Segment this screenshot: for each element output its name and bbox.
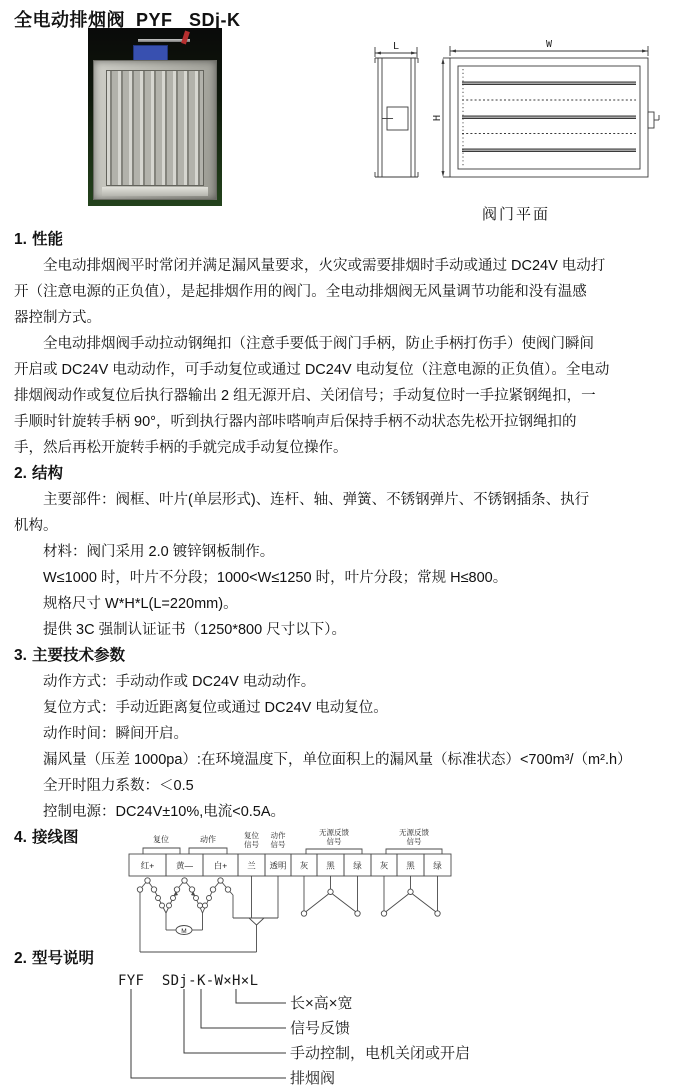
text-line: 开（注意电源的正负值），是起排烟作用的阀门。全电动排烟阀无风量调节功能和没有温感: [14, 279, 692, 305]
model-code-diagram: FYF SDj-K-W×H×L 长×高×宽 信号反馈 手动控制，电机关闭或开启 …: [100, 963, 500, 1092]
product-photo: [88, 28, 222, 206]
document-page: 全电动排烟阀 PYF SDj-K L: [0, 0, 700, 1092]
terminal-label: 透明: [269, 861, 287, 871]
terminal-label: 绿: [433, 861, 442, 871]
terminal-label: 黄—: [176, 861, 194, 871]
terminal-label: 红+: [141, 861, 155, 871]
text-line: W≤1000 时，叶片不分段；1000<W≤1250 时，叶片分段；常规 H≤8…: [14, 565, 692, 591]
text-line: 机构。: [14, 513, 692, 539]
section-heading-model: 2.型号说明: [14, 946, 94, 968]
section-heading-1: 1.性能: [14, 227, 692, 253]
feedback-signal-label-2: 无源反馈: [399, 827, 429, 837]
text-line: 提供 3C 强制认证证书（1250*800 尺寸以下）。: [14, 617, 692, 643]
text-line: 开启或 DC24V 电动动作，可手动复位或通过 DC24V 电动复位（注意电源的…: [14, 357, 692, 383]
reset-group-label: 复位: [153, 834, 169, 844]
model-label-valve-type: 排烟阀: [290, 1069, 335, 1087]
action-signal-label: 动作: [271, 830, 286, 840]
valve-frame: [93, 60, 217, 200]
text-line: 主要部件：阀框、叶片(单层形式)、连杆、轴、弹簧、不锈钢弹片、不锈钢插条、执行: [14, 487, 692, 513]
text-line: 规格尺寸 W*H*L(L=220mm)。: [14, 591, 692, 617]
svg-text:信号: 信号: [244, 839, 259, 849]
motor-symbol: M: [181, 928, 186, 935]
terminal-label: 黑: [326, 861, 335, 871]
text-line: 漏风量（压差 1000pa）:在环境温度下，单位面积上的漏风量（标准状态）<70…: [14, 747, 692, 773]
valve-louvers: [106, 70, 204, 186]
feedback-signal-label-1: 无源反馈: [319, 827, 349, 837]
svg-text:信号: 信号: [407, 836, 422, 846]
model-label-feedback: 信号反馈: [290, 1020, 350, 1037]
text-line: 全开时阻力系数：＜0.5: [14, 773, 692, 799]
terminal-label: 兰: [247, 861, 256, 871]
figure-caption: 阀门平面: [452, 203, 580, 224]
text-line: 全电动排烟阀手动拉动钢绳扣（注意手要低于阀门手柄，防止手柄打伤手）使阀门瞬间: [14, 331, 692, 357]
text-line: 动作方式：手动动作或 DC24V 电动动作。: [14, 669, 692, 695]
valve-sill: [102, 187, 208, 196]
terminal-label: 白+: [214, 861, 228, 871]
svg-text:信号: 信号: [271, 839, 286, 849]
text-line: 全电动排烟阀平时常闭并满足漏风量要求，火灾或需要排烟时手动或通过 DC24V 电…: [14, 253, 692, 279]
text-line: 复位方式：手动近距离复位或通过 DC24V 电动复位。: [14, 695, 692, 721]
terminal-label: 灰: [300, 861, 309, 871]
svg-text:信号: 信号: [327, 836, 342, 846]
text-line: 手，然后再松开旋转手柄的手就完成手动复位操作。: [14, 435, 692, 461]
text-line: 控制电源：DC24V±10%,电流<0.5A。: [14, 799, 692, 825]
action-group-label: 动作: [200, 834, 216, 844]
model-label-dimensions: 长×高×宽: [290, 994, 353, 1012]
dim-h-label: H: [432, 115, 443, 121]
reset-signal-label: 复位: [244, 830, 259, 840]
valve-technical-drawing: L W H: [352, 36, 682, 211]
section-heading-3: 3.主要技术参数: [14, 643, 692, 669]
terminal-label: 黑: [406, 861, 415, 871]
model-label-control: 手动控制，电机关闭或开启: [290, 1044, 470, 1062]
terminal-label: 绿: [353, 861, 362, 871]
section-heading-2: 2.结构: [14, 461, 692, 487]
text-line: 动作时间：瞬间开启。: [14, 721, 692, 747]
text-line: 手顺时针旋转手柄 90°，听到执行器内部咔嗒响声后保持手柄不动状态先松开拉钢绳扣…: [14, 409, 692, 435]
document-body: 1.性能 全电动排烟阀平时常闭并满足漏风量要求，火灾或需要排烟时手动或通过 DC…: [14, 227, 692, 851]
terminal-label: 灰: [380, 861, 389, 871]
text-line: 器控制方式。: [14, 305, 692, 331]
wiring-diagram: 复位 动作 复位 信号 动作 信号 无源反馈 信号 无源反馈 信号 红+ 黄— …: [90, 826, 470, 965]
dim-l-label: L: [393, 41, 399, 52]
dim-w-label: W: [546, 39, 553, 50]
text-line: 材料：阀门采用 2.0 镀锌钢板制作。: [14, 539, 692, 565]
model-code: FYF SDj-K-W×H×L: [118, 973, 258, 989]
text-line: 排烟阀动作或复位后执行器输出 2 组无源开启、关闭信号；手动复位时一手拉紧钢绳扣…: [14, 383, 692, 409]
red-handle: [181, 31, 190, 45]
